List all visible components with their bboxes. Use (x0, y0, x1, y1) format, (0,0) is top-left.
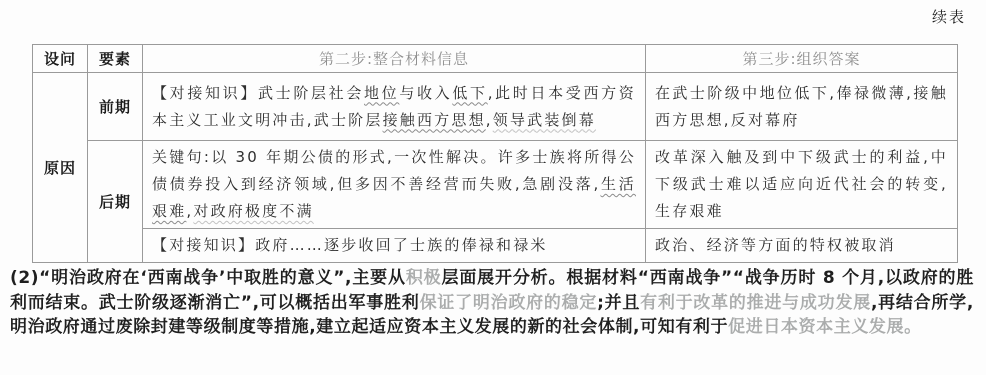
wavy-underlined-text: 低下 (452, 84, 487, 102)
wavy-underlined-text: 对政府极度不满 (193, 202, 313, 220)
header-cell-step2: 第二步:整合材料信息 (143, 45, 646, 73)
header-cell-element: 要素 (88, 45, 143, 73)
answer-analysis-paragraph: (2)“明治政府在‘西南战争’中取胜的意义”,主要从积极层面展开分析。根据材料“… (10, 266, 974, 340)
highlighted-text: 促进日本资本主义发展。 (728, 317, 922, 337)
phase-cell-early: 前期 (88, 73, 143, 141)
highlighted-text: 有利于改革的推进与成功发展 (640, 293, 871, 313)
phase-cell-late: 后期 (88, 141, 143, 263)
table-row: 原因 前期 【对接知识】武士阶层社会地位与收入低下,此时日本受西方资本主义工业文… (33, 73, 958, 141)
table-row: 【对接知识】政府……逐步收回了士族的俸禄和禄米 政治、经济等方面的特权被取消 (33, 229, 958, 263)
wavy-underlined-text: 地位 (364, 84, 399, 102)
step2-cell-early: 【对接知识】武士阶层社会地位与收入低下,此时日本受西方资本主义工业文明冲击,武士… (143, 73, 646, 141)
header-cell-question: 设问 (33, 45, 88, 73)
highlighted-text: 保证了明治政府的稳定 (420, 293, 598, 313)
analysis-steps-table: 设问 要素 第二步:整合材料信息 第三步:组织答案 原因 前期 【对接知识】武士… (32, 44, 958, 263)
highlighted-text: 积极 (406, 268, 442, 288)
text-segment: (2)“明治政府在‘西南战争’中取胜的意义”,主要从 (10, 268, 406, 288)
text-segment: ;并且 (597, 293, 640, 313)
wavy-underlined-text: 接触西方思想 (383, 111, 486, 129)
row-group-label-cell: 原因 (33, 73, 88, 263)
step3-cell-late-knowledge: 政治、经济等方面的特权被取消 (646, 229, 958, 263)
text-segment: 【对接知识】政府……逐步收回了士族的俸禄和禄米 (152, 236, 548, 254)
step2-cell-late-knowledge: 【对接知识】政府……逐步收回了士族的俸禄和禄米 (143, 229, 646, 263)
table-header-row: 设问 要素 第二步:整合材料信息 第三步:组织答案 (33, 45, 958, 73)
text-segment: 关键句:以 30 年期公债的形式,一次性解决。许多士族将所得公债债券投入到经济领… (152, 148, 636, 193)
wavy-underlined-text: 领导武装倒幕 (493, 111, 596, 129)
text-segment: 【对接知识】武士阶层社会 (152, 84, 364, 102)
step3-cell-early: 在武士阶级中地位低下,俸禄微薄,接触西方思想,反对幕府 (646, 73, 958, 141)
table-row: 后期 关键句:以 30 年期公债的形式,一次性解决。许多士族将所得公债债券投入到… (33, 141, 958, 229)
text-segment: , (486, 111, 493, 129)
step2-cell-late-key: 关键句:以 30 年期公债的形式,一次性解决。许多士族将所得公债债券投入到经济领… (143, 141, 646, 229)
continued-table-label: 续表 (932, 6, 966, 27)
text-segment: 与收入 (399, 84, 452, 102)
document-page: 续表 设问 要素 第二步:整合材料信息 第三步:组织答案 原因 前期 【对接知识… (0, 0, 986, 375)
header-cell-step3: 第三步:组织答案 (646, 45, 958, 73)
step3-cell-late-key: 改革深入触及到中下级武士的利益,中下级武士难以适应向近代社会的转变,生存艰难 (646, 141, 958, 229)
